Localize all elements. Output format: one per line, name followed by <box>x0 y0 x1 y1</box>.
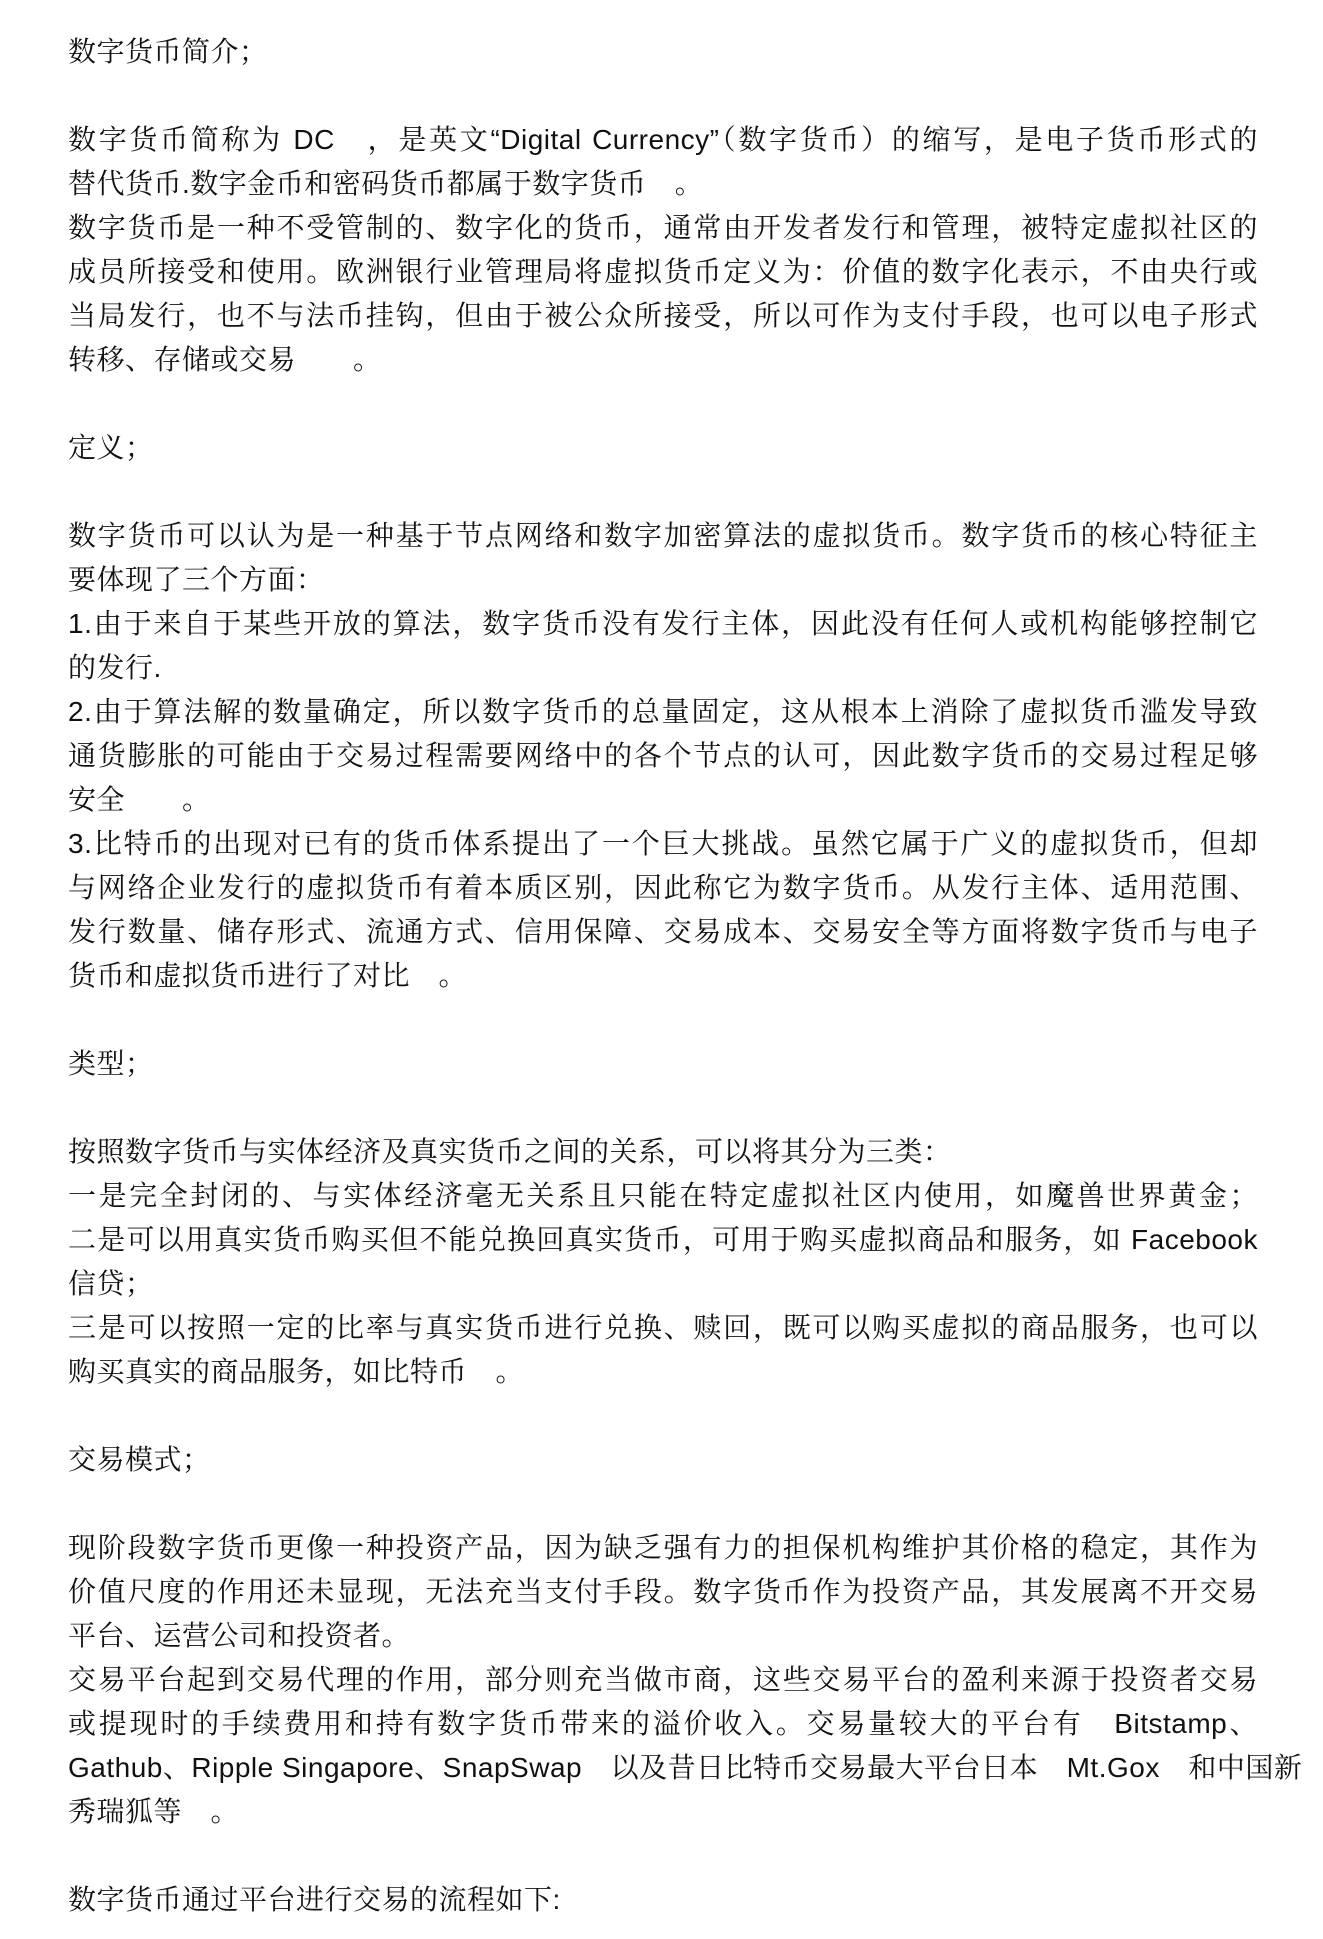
text-line: 转移、存储或交易 。 <box>68 338 1258 382</box>
text-line: 数字货币通过平台进行交易的流程如下: <box>68 1878 1258 1922</box>
text-line: 当局发行，也不与法币挂钩，但由于被公众所接受，所以可作为支付手段，也可以电子形式 <box>68 294 1258 338</box>
section-heading: 数字货币简介； <box>68 30 1258 74</box>
text-line: Gathub、Ripple Singapore、SnapSwap 以及昔日比特币… <box>68 1746 1258 1790</box>
text-line: 信贷； <box>68 1262 1258 1306</box>
text-line: 数字货币可以认为是一种基于节点网络和数字加密算法的虚拟货币。数字货币的核心特征主 <box>68 514 1258 558</box>
text-line: 三是可以按照一定的比率与真实货币进行兑换、赎回，既可以购买虚拟的商品服务，也可以 <box>68 1306 1258 1350</box>
blank-line <box>68 1482 1258 1526</box>
text-line: 发行数量、储存形式、流通方式、信用保障、交易成本、交易安全等方面将数字货币与电子 <box>68 910 1258 954</box>
text-line: 要体现了三个方面： <box>68 558 1258 602</box>
text-line: 购买真实的商品服务，如比特币 。 <box>68 1350 1258 1394</box>
text-line: 按照数字货币与实体经济及真实货币之间的关系，可以将其分为三类： <box>68 1130 1258 1174</box>
blank-line <box>68 1394 1258 1438</box>
document-page: 数字货币简介；数字货币简称为 DC ，是英文“Digital Currency”… <box>0 0 1323 1939</box>
text-line: 平台、运营公司和投资者。 <box>68 1614 1258 1658</box>
text-line: 或提现时的手续费用和持有数字货币带来的溢价收入。交易量较大的平台有 Bitsta… <box>68 1702 1258 1746</box>
section-heading: 交易模式； <box>68 1438 1258 1482</box>
section-heading: 类型； <box>68 1042 1258 1086</box>
text-line: 数字货币是一种不受管制的、数字化的货币，通常由开发者发行和管理，被特定虚拟社区的 <box>68 206 1258 250</box>
text-line: 数字货币简称为 DC ，是英文“Digital Currency”（数字货币）的… <box>68 118 1258 162</box>
text-line: 秀瑞狐等 。 <box>68 1790 1258 1834</box>
text-line: 通货膨胀的可能由于交易过程需要网络中的各个节点的认可，因此数字货币的交易过程足够 <box>68 734 1258 778</box>
text-line: 安全 。 <box>68 778 1258 822</box>
blank-line <box>68 1086 1258 1130</box>
text-line: 货币和虚拟货币进行了对比 。 <box>68 954 1258 998</box>
text-line: 2.由于算法解的数量确定，所以数字货币的总量固定，这从根本上消除了虚拟货币滥发导… <box>68 690 1258 734</box>
text-line: 一是完全封闭的、与实体经济毫无关系且只能在特定虚拟社区内使用，如魔兽世界黄金； <box>68 1174 1258 1218</box>
text-line: 替代货币.数字金币和密码货币都属于数字货币 。 <box>68 162 1258 206</box>
text-line: 现阶段数字货币更像一种投资产品，因为缺乏强有力的担保机构维护其价格的稳定，其作为 <box>68 1526 1258 1570</box>
section-heading: 定义； <box>68 426 1258 470</box>
blank-line <box>68 1834 1258 1878</box>
text-line: 1.由于来自于某些开放的算法，数字货币没有发行主体，因此没有任何人或机构能够控制… <box>68 602 1258 646</box>
text-line: 价值尺度的作用还未显现，无法充当支付手段。数字货币作为投资产品，其发展离不开交易 <box>68 1570 1258 1614</box>
blank-line <box>68 470 1258 514</box>
text-line: 与网络企业发行的虚拟货币有着本质区别，因此称它为数字货币。从发行主体、适用范围、 <box>68 866 1258 910</box>
text-line: 成员所接受和使用。欧洲银行业管理局将虚拟货币定义为：价值的数字化表示，不由央行或 <box>68 250 1258 294</box>
blank-line <box>68 382 1258 426</box>
text-line: 交易平台起到交易代理的作用，部分则充当做市商，这些交易平台的盈利来源于投资者交易 <box>68 1658 1258 1702</box>
blank-line <box>68 998 1258 1042</box>
text-line: 的发行. <box>68 646 1258 690</box>
text-line: 二是可以用真实货币购买但不能兑换回真实货币，可用于购买虚拟商品和服务，如 Fac… <box>68 1218 1258 1262</box>
blank-line <box>68 74 1258 118</box>
text-line: 3.比特币的出现对已有的货币体系提出了一个巨大挑战。虽然它属于广义的虚拟货币，但… <box>68 822 1258 866</box>
